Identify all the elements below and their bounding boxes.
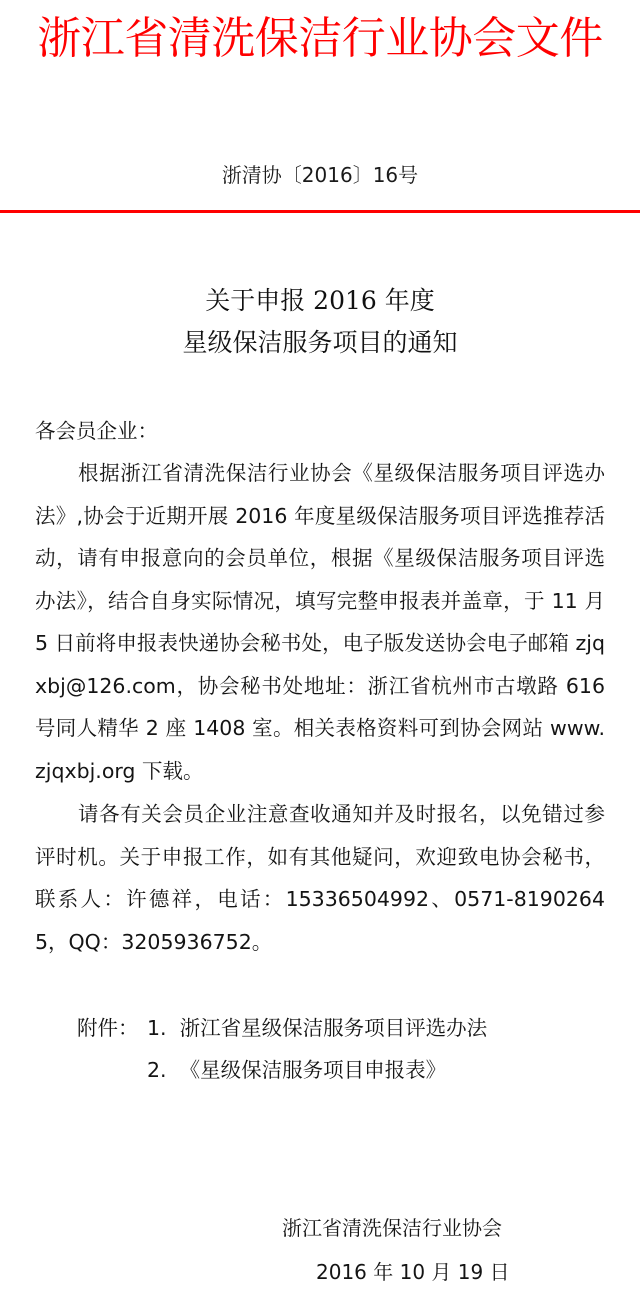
attachment-item-2: 2. 《星级保洁服务项目申报表》: [77, 1049, 487, 1091]
red-divider: [0, 210, 640, 213]
attachment-title: 浙江省星级保洁服务项目评选办法: [180, 1016, 488, 1040]
signature-date: 2016 年 10 月 19 日: [316, 1258, 510, 1286]
attachments-label: 附件：: [77, 1007, 147, 1049]
signature-organization: 浙江省清洗保洁行业协会: [282, 1214, 502, 1242]
salutation: 各会员企业：: [35, 410, 605, 453]
body-paragraph-1: 根据浙江省清洗保洁行业协会《星级保洁服务项目评选办法》,协会于近期开展 2016…: [35, 452, 605, 792]
issuer-title: 浙江省清洗保洁行业协会文件: [0, 6, 640, 72]
attachment-number: 1.: [147, 1016, 167, 1040]
notice-title: 关于申报 2016 年度 星级保洁服务项目的通知: [0, 280, 640, 364]
attachment-item-1: 附件：1. 浙江省星级保洁服务项目评选办法: [77, 1007, 487, 1049]
notice-title-line-1: 关于申报 2016 年度: [0, 280, 640, 322]
attachments-section: 附件：1. 浙江省星级保洁服务项目评选办法 2. 《星级保洁服务项目申报表》: [77, 1007, 487, 1091]
document-number: 浙清协〔2016〕16号: [0, 161, 640, 189]
attachment-title: 《星级保洁服务项目申报表》: [180, 1058, 447, 1082]
attachment-number: 2.: [147, 1058, 167, 1082]
body-paragraph-2: 请各有关会员企业注意查收通知并及时报名，以免错过参评时机。关于申报工作，如有其他…: [35, 793, 605, 963]
notice-title-line-2: 星级保洁服务项目的通知: [0, 322, 640, 364]
